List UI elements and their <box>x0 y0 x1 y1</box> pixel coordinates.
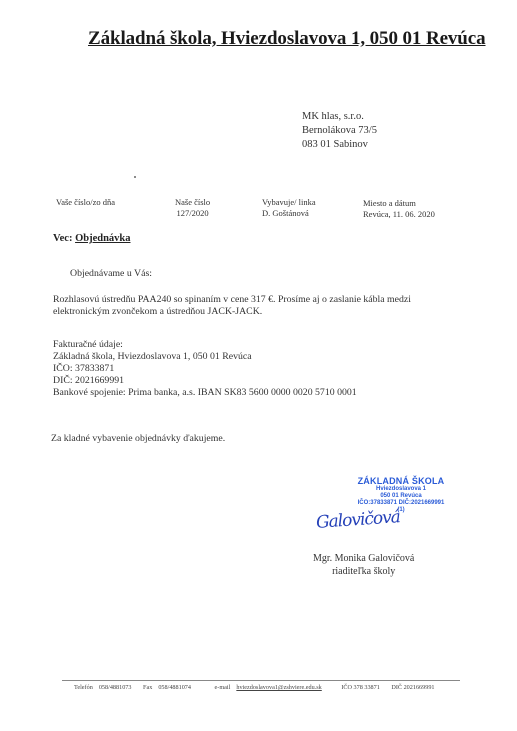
footer-email-label: e-mail <box>215 684 231 691</box>
scan-speck <box>134 176 136 178</box>
subject-text: Objednávka <box>75 233 130 244</box>
your-ref: Vaše číslo/zo dňa <box>56 197 115 208</box>
place-date: Miesto a dátum Revúca, 11. 06. 2020 <box>363 198 435 220</box>
recipient-address: MK hlas, s.r.o. Bernolákova 73/5 083 01 … <box>302 110 377 152</box>
signer-role: riaditeľka školy <box>313 565 414 578</box>
signer-block: Mgr. Monika Galovičová riaditeľka školy <box>313 552 414 578</box>
footer-phone-value: 058/4881073 <box>99 684 132 691</box>
footer-ico: IČO 378 33871 <box>341 684 380 691</box>
billing-line: Bankové spojenie: Prima banka, a.s. IBAN… <box>53 387 357 399</box>
footer-email-link[interactable]: hviezdoslavova1@zshviere.edu.sk <box>236 684 321 691</box>
handled-by-value: D. Goštánová <box>262 208 316 219</box>
greeting: Objednávame u Vás: <box>70 268 152 280</box>
stamp-line: Hviezdoslavova 1 <box>336 486 466 493</box>
stamp-line: IČO:37833871 DIČ:2021669991 <box>336 500 466 507</box>
closing-text: Za kladné vybavenie objednávky ďakujeme. <box>51 433 225 445</box>
recipient-line: MK hlas, s.r.o. <box>302 110 377 124</box>
billing-line: Základná škola, Hviezdoslavova 1, 050 01… <box>53 351 357 363</box>
stamp-line: 050 01 Revúca <box>336 493 466 500</box>
footer-phone-label: Telefón <box>74 684 93 691</box>
footer-fax-label: Fax <box>143 684 152 691</box>
recipient-line: Bernolákova 73/5 <box>302 124 377 138</box>
place-date-value: Revúca, 11. 06. 2020 <box>363 209 435 220</box>
billing-details: Fakturačné údaje: Základná škola, Hviezd… <box>53 339 357 399</box>
our-ref: Naše číslo 127/2020 <box>175 197 210 219</box>
billing-line: DIČ: 2021669991 <box>53 375 357 387</box>
subject-prefix: Vec: <box>53 233 72 244</box>
order-paragraph-line: Rozhlasovú ústredňu PAA240 so spinaním v… <box>53 294 411 306</box>
place-date-label: Miesto a dátum <box>363 198 435 209</box>
stamp-heading: ZÁKLADNÁ ŠKOLA <box>336 476 466 486</box>
handwritten-signature: Galovičová <box>315 507 400 533</box>
footer-contacts: Telefón058/4881073 Fax058/4881074 e-mail… <box>74 684 445 691</box>
letterhead-title: Základná škola, Hviezdoslavova 1, 050 01… <box>88 28 486 50</box>
recipient-line: 083 01 Sabinov <box>302 138 377 152</box>
handled-by: Vybavuje/ linka D. Goštánová <box>262 197 316 219</box>
our-ref-value: 127/2020 <box>175 208 210 219</box>
footer-fax-value: 058/4881074 <box>158 684 191 691</box>
order-paragraph: Rozhlasovú ústredňu PAA240 so spinaním v… <box>53 294 411 318</box>
billing-heading: Fakturačné údaje: <box>53 339 357 351</box>
signer-name: Mgr. Monika Galovičová <box>313 552 414 565</box>
order-paragraph-line: elektronickým zvončekom a ústredňou JACK… <box>53 306 411 318</box>
subject-line: Vec: Objednávka <box>53 233 131 244</box>
footer-dic: DIČ 2021669991 <box>391 684 434 691</box>
your-ref-label: Vaše číslo/zo dňa <box>56 197 115 208</box>
our-ref-label: Naše číslo <box>175 197 210 208</box>
school-stamp: ZÁKLADNÁ ŠKOLA Hviezdoslavova 1 050 01 R… <box>336 476 466 514</box>
footer-divider <box>62 680 460 681</box>
billing-line: IČO: 37833871 <box>53 363 357 375</box>
handled-by-label: Vybavuje/ linka <box>262 197 316 208</box>
